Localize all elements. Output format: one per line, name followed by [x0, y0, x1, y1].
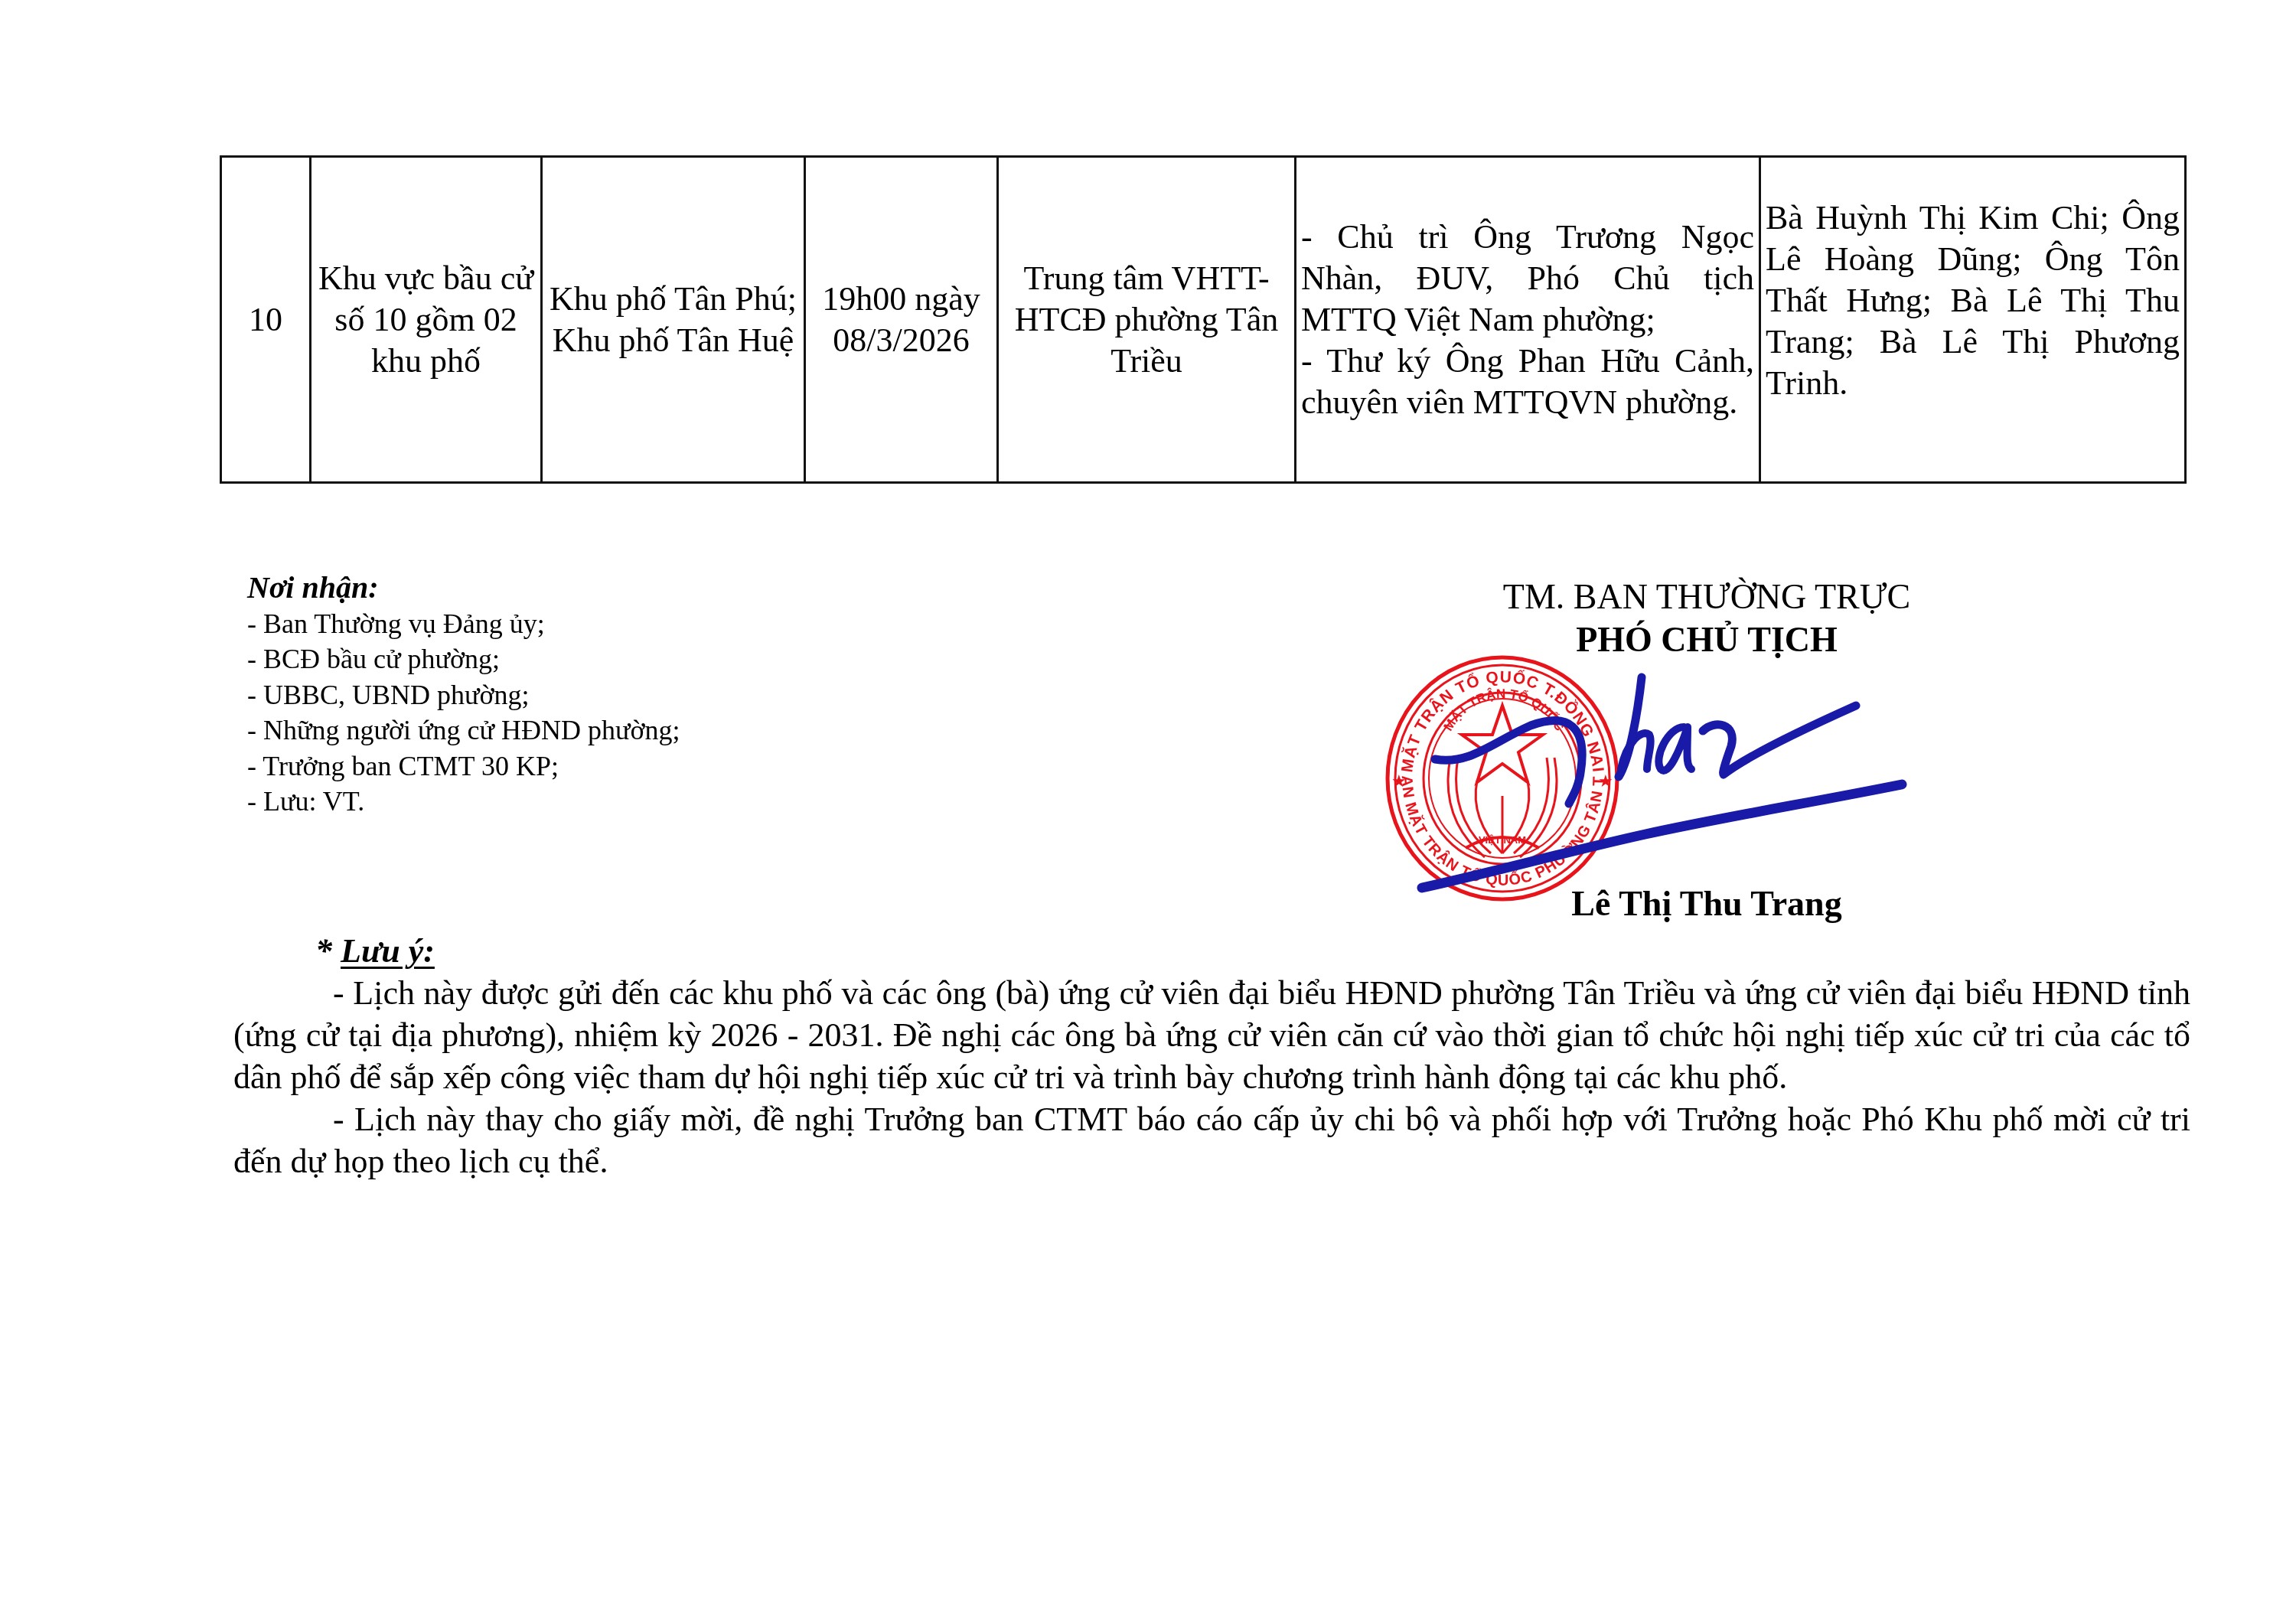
recipient-item: - Trưởng ban CTMT 30 KP;: [247, 748, 680, 784]
note-paragraph: - Lịch này thay cho giấy mời, đề nghị Tr…: [233, 1098, 2190, 1182]
notes-title: Lưu ý:: [341, 932, 435, 970]
signer-organization: TM. BAN THƯỜNG TRỰC: [1439, 576, 1975, 618]
notes-star: *: [315, 932, 341, 970]
notes-heading: * Lưu ý:: [233, 930, 2190, 972]
official-chair: - Chủ trì Ông Trương Ngọc Nhàn, ĐUV, Phó…: [1301, 217, 1754, 341]
signer-name: Lê Thị Thu Trang: [1439, 882, 1975, 925]
handwritten-signature-icon: [1422, 677, 1902, 888]
cell-area: Khu vực bầu cử số 10 gồm 02 khu phố: [311, 157, 542, 483]
cell-officials: - Chủ trì Ông Trương Ngọc Nhàn, ĐUV, Phó…: [1296, 157, 1760, 483]
cell-venue: Trung tâm VHTT-HTCĐ phường Tân Triều: [998, 157, 1296, 483]
cell-time: 19h00 ngày 08/3/2026: [805, 157, 998, 483]
recipients-list: - Ban Thường vụ Đảng ủy; - BCĐ bầu cử ph…: [247, 606, 680, 820]
cell-stt: 10: [221, 157, 311, 483]
stamp-banner-text: VIỆT NAM: [1479, 834, 1526, 846]
schedule-table: 10 Khu vực bầu cử số 10 gồm 02 khu phố K…: [220, 155, 2187, 484]
recipient-item: - Ban Thường vụ Đảng ủy;: [247, 606, 680, 642]
recipients-title: Nơi nhận:: [247, 570, 680, 606]
cell-neighborhoods: Khu phố Tân Phú; Khu phố Tân Huệ: [542, 157, 805, 483]
official-secretary: - Thư ký Ông Phan Hữu Cảnh, chuyên viên …: [1301, 341, 1754, 423]
recipient-item: - Lưu: VT.: [247, 784, 680, 820]
recipient-item: - Những người ứng cử HĐND phường;: [247, 713, 680, 748]
notes-block: * Lưu ý: - Lịch này được gửi đến các khu…: [233, 930, 2190, 1182]
cell-candidates: Bà Huỳnh Thị Kim Chi; Ông Lê Hoàng Dũng;…: [1760, 157, 2186, 483]
recipient-item: - BCĐ bầu cử phường;: [247, 641, 680, 677]
recipient-item: - UBBC, UBND phường;: [247, 677, 680, 713]
table-row: 10 Khu vực bầu cử số 10 gồm 02 khu phố K…: [221, 157, 2186, 483]
recipients-block: Nơi nhận: - Ban Thường vụ Đảng ủy; - BCĐ…: [247, 570, 680, 820]
stamp-and-signature: ★ ★ MẶT TRẬN TỔ QUỐC T.ĐỒNG NAI MẶT TRẬN…: [1378, 643, 2005, 903]
note-paragraph: - Lịch này được gửi đến các khu phố và c…: [233, 972, 2190, 1098]
